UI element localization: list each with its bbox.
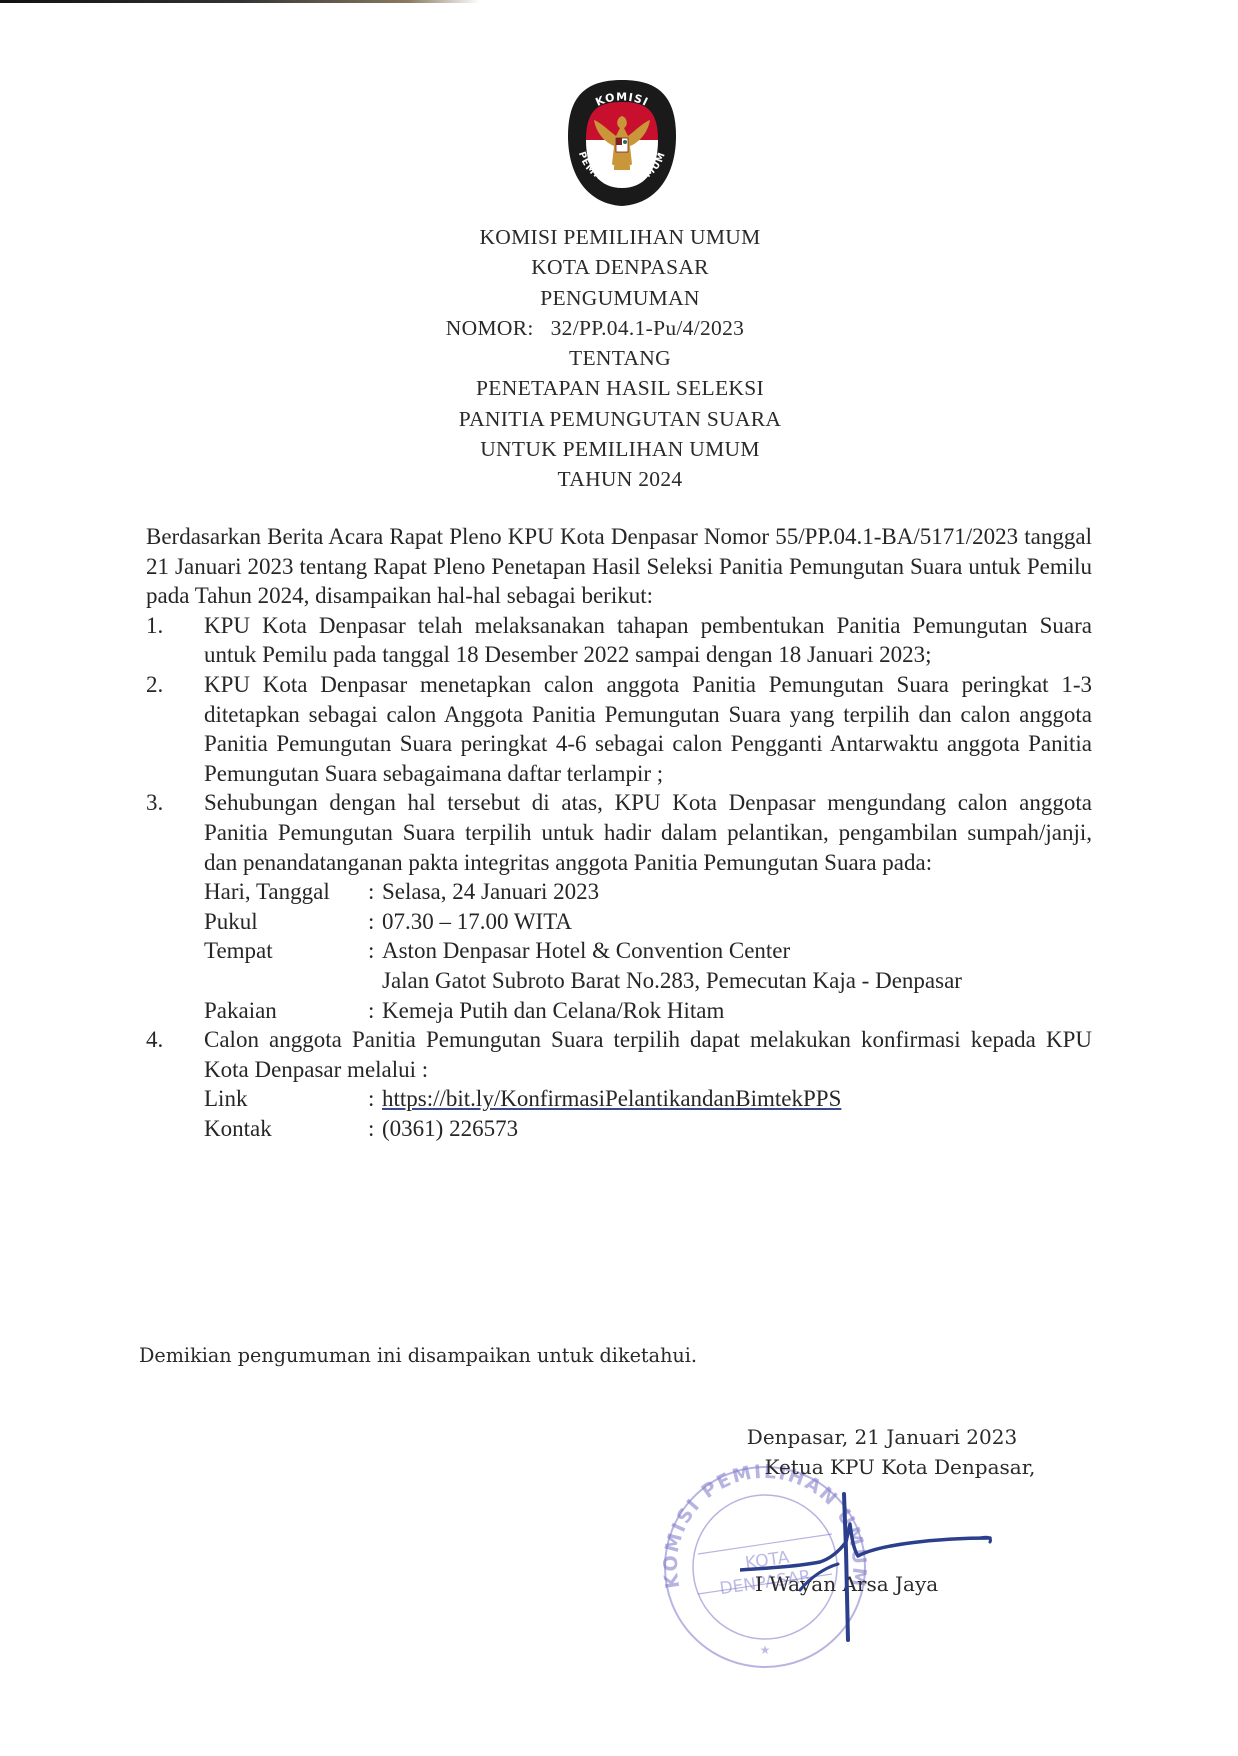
detail-value: Aston Denpasar Hotel & Convention Center <box>382 936 1092 966</box>
detail-value: 07.30 – 17.00 WITA <box>382 907 1092 937</box>
item-text: Calon anggota Panitia Pemungutan Suara t… <box>204 1025 1092 1084</box>
document-header: KOMISI PEMILIHAN UMUM KOTA DENPASAR PENG… <box>370 222 870 495</box>
detail-label: Kontak <box>204 1114 368 1144</box>
item-text: Sehubungan dengan hal tersebut di atas, … <box>204 788 1092 877</box>
detail-label: Pukul <box>204 907 368 937</box>
detail-address: Jalan Gatot Subroto Barat No.283, Pemecu… <box>382 966 1092 996</box>
place-date: Denpasar, 21 Januari 2023 <box>664 1422 1100 1452</box>
detail-row-date: Hari, Tanggal : Selasa, 24 Januari 2023 <box>204 877 1092 907</box>
scan-edge <box>0 0 480 3</box>
header-subject-2: PANITIA PEMUNGUTAN SUARA <box>370 404 870 434</box>
header-subject-3: UNTUK PEMILIHAN UMUM <box>370 434 870 464</box>
handwritten-signature <box>740 1490 1010 1650</box>
signature-block: Denpasar, 21 Januari 2023 Ketua KPU Kota… <box>700 1422 1100 1482</box>
closing-statement: Demikian pengumuman ini disampaikan untu… <box>139 1344 697 1367</box>
list-item-2: 2. KPU Kota Denpasar menetapkan calon an… <box>146 670 1092 788</box>
signer-title: Ketua KPU Kota Denpasar, <box>700 1452 1100 1482</box>
header-institution: KOMISI PEMILIHAN UMUM <box>370 222 870 252</box>
detail-row-contact: Kontak : (0361) 226573 <box>204 1114 1092 1144</box>
list-item-4: 4. Calon anggota Panitia Pemungutan Suar… <box>146 1025 1092 1143</box>
header-nomor: NOMOR: 32/PP.04.1-Pu/4/2023 <box>320 313 870 343</box>
contact-phone: (0361) 226573 <box>382 1114 1092 1144</box>
detail-row-time: Pukul : 07.30 – 17.00 WITA <box>204 907 1092 937</box>
detail-row-dress: Pakaian : Kemeja Putih dan Celana/Rok Hi… <box>204 996 1092 1026</box>
intro-paragraph: Berdasarkan Berita Acara Rapat Pleno KPU… <box>146 522 1092 611</box>
detail-value: Selasa, 24 Januari 2023 <box>382 877 1092 907</box>
kpu-logo: KOMISI PEMILIHAN UMUM <box>564 76 680 210</box>
detail-label: Hari, Tanggal <box>204 877 368 907</box>
detail-label: Tempat <box>204 936 368 995</box>
list-item-3: 3. Sehubungan dengan hal tersebut di ata… <box>146 788 1092 1025</box>
item-text: KPU Kota Denpasar menetapkan calon anggo… <box>204 670 1092 788</box>
list-item-1: 1. KPU Kota Denpasar telah melaksanakan … <box>146 611 1092 670</box>
header-doc-type: PENGUMUMAN <box>370 283 870 313</box>
detail-value: Kemeja Putih dan Celana/Rok Hitam <box>382 996 1092 1026</box>
detail-row-place: Tempat : Aston Denpasar Hotel & Conventi… <box>204 936 1092 995</box>
detail-row-link: Link : https://bit.ly/KonfirmasiPelantik… <box>204 1084 1092 1114</box>
detail-label: Pakaian <box>204 996 368 1026</box>
detail-label: Link <box>204 1084 368 1114</box>
header-city: KOTA DENPASAR <box>370 252 870 282</box>
item-number: 2. <box>146 670 204 788</box>
header-subject-1: PENETAPAN HASIL SELEKSI <box>370 373 870 403</box>
document-body: Berdasarkan Berita Acara Rapat Pleno KPU… <box>146 522 1092 1143</box>
event-details: Hari, Tanggal : Selasa, 24 Januari 2023 … <box>204 877 1092 1025</box>
item-number: 4. <box>146 1025 204 1143</box>
item-number: 3. <box>146 788 204 1025</box>
header-tentang: TENTANG <box>370 343 870 373</box>
confirmation-link[interactable]: https://bit.ly/KonfirmasiPelantikandanBi… <box>382 1086 841 1111</box>
item-text: KPU Kota Denpasar telah melaksanakan tah… <box>204 611 1092 670</box>
item-number: 1. <box>146 611 204 670</box>
header-subject-4: TAHUN 2024 <box>370 464 870 494</box>
